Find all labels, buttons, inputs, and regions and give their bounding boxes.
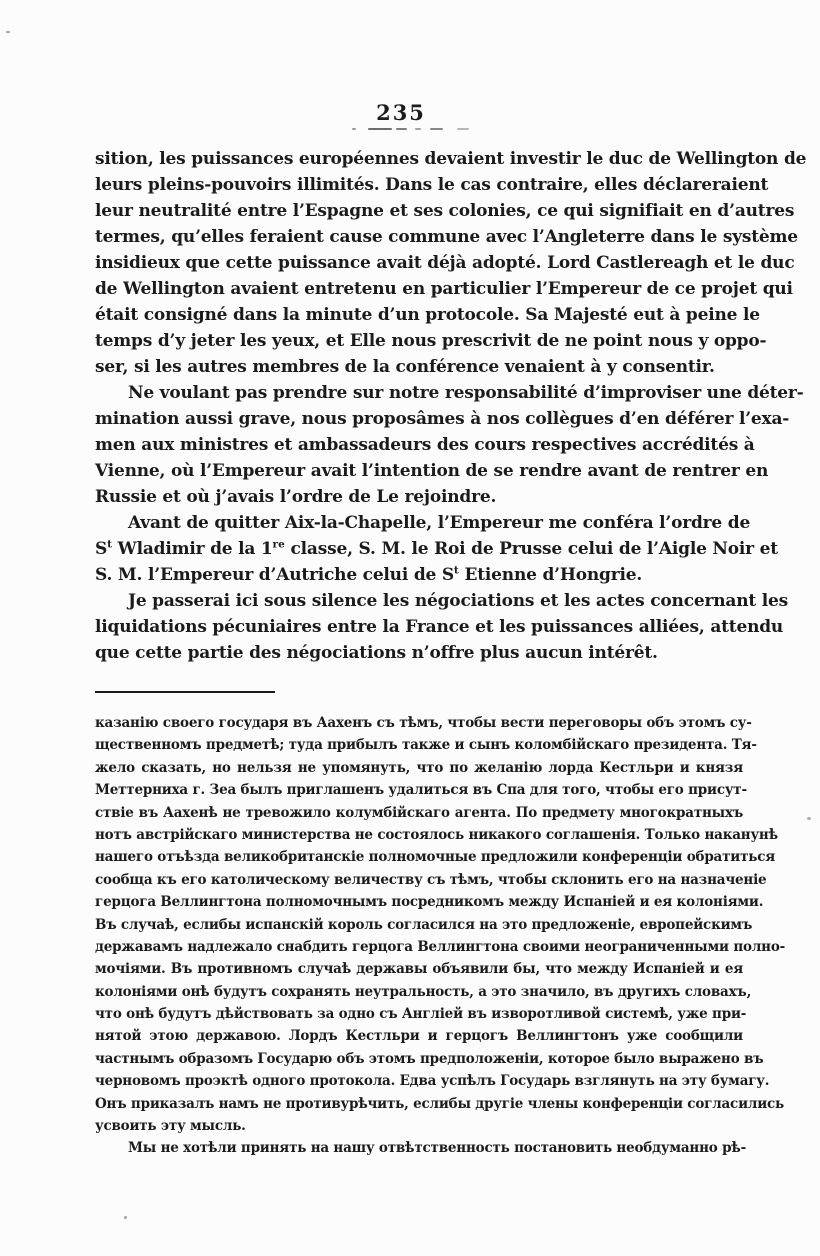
- text-line: ствіе въ Аахенѣ не тревожило колумбійска…: [95, 802, 743, 824]
- text-line: S. M. l’Empereur d’Autriche celui de St …: [95, 562, 737, 588]
- text-line: нятой этою державою. Лордъ Кестльри и ге…: [95, 1025, 743, 1047]
- text-line: сообща къ его католическому величеству с…: [95, 869, 743, 891]
- page-number: 235: [0, 102, 802, 124]
- text-line: Russie et où j’avais l’ordre de Le rejoi…: [95, 484, 737, 510]
- text-line: Ne voulant pas prendre sur notre respons…: [95, 380, 737, 406]
- text-line: Онъ приказалъ намъ не противурѣчить, есл…: [95, 1093, 743, 1115]
- text-line: mination aussi grave, nous proposâmes à …: [95, 406, 737, 432]
- text-line: мочіями. Въ противномъ случаѣ державы об…: [95, 958, 743, 980]
- rule-dash: [352, 128, 356, 130]
- text-line: leur neutralité entre l’Espagne et ses c…: [95, 198, 737, 224]
- text-line: нотъ австрійскаго министерства не состоя…: [95, 824, 743, 846]
- text-line: нашего отъѣзда великобританскіе полномоч…: [95, 846, 743, 868]
- text-line: Меттерниха г. Зеа былъ приглашенъ удалит…: [95, 779, 743, 801]
- text-line: колоніями онѣ будутъ сохранять неутральн…: [95, 981, 743, 1003]
- text-line: Въ случаѣ, еслибы испанскій король согла…: [95, 914, 743, 936]
- footnote-text: казанію своего государя въ Аахенъ съ тѣм…: [95, 712, 743, 1160]
- text-line: черновомъ проэктѣ одного протокола. Едва…: [95, 1070, 743, 1092]
- text-line: державамъ надлежало снабдить герцога Вел…: [95, 936, 743, 958]
- text-line: частнымъ образомъ Государю объ этомъ пре…: [95, 1048, 743, 1070]
- text-line: герцога Веллингтона полномочнымъ посредн…: [95, 891, 743, 913]
- text-line: Je passerai ici sous silence les négocia…: [95, 588, 737, 614]
- rule-dash: [430, 128, 443, 130]
- text-line: liquidations pécuniaires entre la France…: [95, 614, 737, 640]
- text-line: était consigné dans la minute d’un proto…: [95, 302, 737, 328]
- scan-speck: [124, 1216, 127, 1219]
- text-line: усвоить эту мысль.: [95, 1115, 743, 1137]
- rule-dash: [396, 128, 407, 130]
- text-line: que cette partie des négociations n’offr…: [95, 640, 737, 666]
- text-line: leurs pleins-pouvoirs illimités. Dans le…: [95, 172, 737, 198]
- text-line: казанію своего государя въ Аахенъ съ тѣм…: [95, 712, 743, 734]
- footnote-separator: [95, 691, 275, 693]
- rule-dash: [415, 128, 421, 130]
- rule-dash: [457, 128, 469, 130]
- book-page: 235 sition, les puissances européennes d…: [0, 0, 820, 1256]
- main-text: sition, les puissances européennes devai…: [95, 146, 737, 666]
- text-line: men aux ministres et ambassadeurs des co…: [95, 432, 737, 458]
- text-line: щественномъ предметѣ; туда прибылъ также…: [95, 734, 743, 756]
- text-line: termes, qu’elles feraient cause commune …: [95, 224, 737, 250]
- text-line: что онѣ будутъ дѣйствовать за одно съ Ан…: [95, 1003, 743, 1025]
- text-line: temps d’y jeter les yeux, et Elle nous p…: [95, 328, 737, 354]
- scan-speck: [6, 31, 10, 33]
- scan-speck: [807, 817, 811, 820]
- text-line: Мы не хотѣли принять на нашу отвѣтственн…: [95, 1137, 743, 1159]
- text-line: ser, si les autres membres de la confére…: [95, 354, 737, 380]
- text-line: sition, les puissances européennes devai…: [95, 146, 737, 172]
- header-rule: [352, 127, 469, 130]
- text-line: insidieux que cette puissance avait déjà…: [95, 250, 737, 276]
- text-line: жело сказать, но нельзя не упомянуть, чт…: [95, 757, 743, 779]
- text-line: St Wladimir de la 1re classe, S. M. le R…: [95, 536, 737, 562]
- text-line: Vienne, où l’Empereur avait l’intention …: [95, 458, 737, 484]
- text-line: Avant de quitter Aix-la-Chapelle, l’Empe…: [95, 510, 737, 536]
- rule-dash: [368, 128, 392, 130]
- text-line: de Wellington avaient entretenu en parti…: [95, 276, 737, 302]
